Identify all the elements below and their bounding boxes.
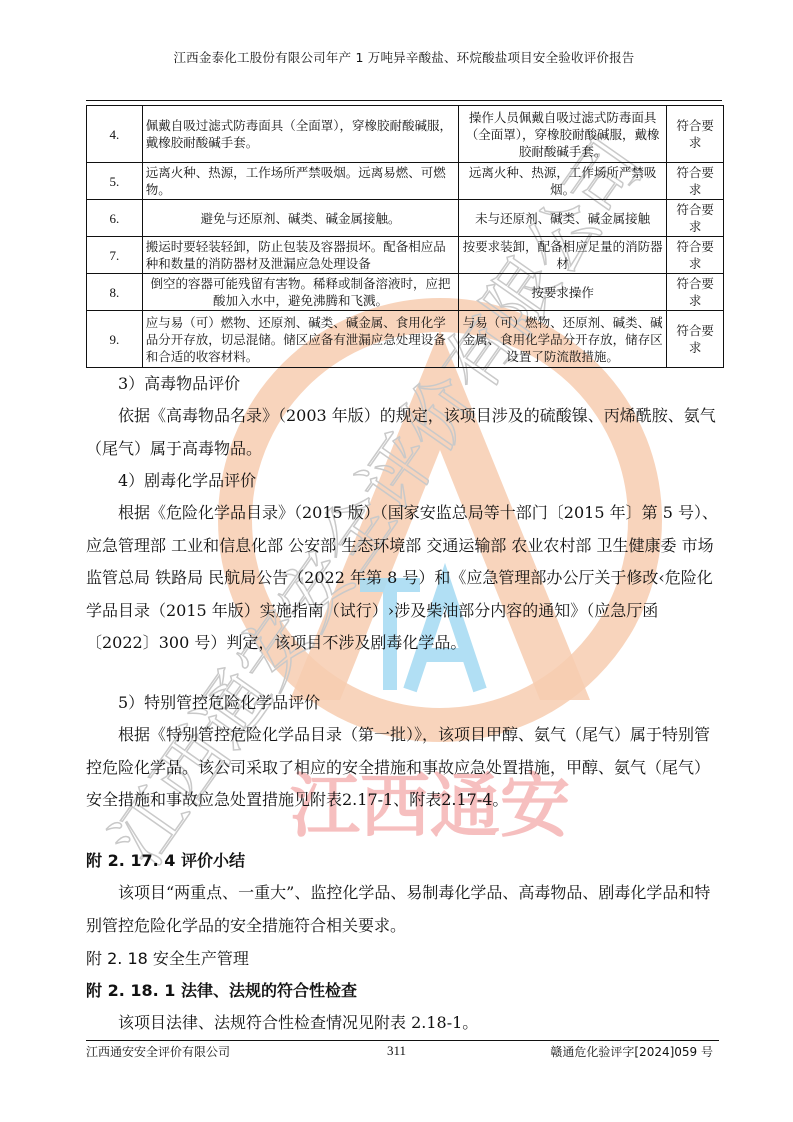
table-row: 9. 应与易（可）燃物、还原剂、碱类、碱金属、食用化学品分开存放，切忌混储。储区… xyxy=(87,311,724,368)
row-number: 4. xyxy=(87,106,143,163)
actual-measure-cell: 未与还原剂、碱类、碱金属接触 xyxy=(459,200,667,237)
table-row: 6. 避免与还原剂、碱类、碱金属接触。 未与还原剂、碱类、碱金属接触 符合要求 xyxy=(87,200,724,237)
paragraph-highly-toxic: 根据《危险化学品目录》（2015 版）（国家安监总局等十部门〔2015 年〕第 … xyxy=(86,497,722,660)
header-divider xyxy=(86,100,722,101)
footer-divider xyxy=(86,1040,719,1041)
result-cell: 符合要求 xyxy=(667,311,724,368)
requirement-cell: 远离火种、热源，工作场所严禁吸烟。远离易燃、可燃物。 xyxy=(142,163,458,200)
row-number: 6. xyxy=(87,200,143,237)
section-heading-special-control: 5）特别管控危险化学品评价 xyxy=(86,687,722,720)
requirement-cell: 佩戴自吸过滤式防毒面具（全面罩），穿橡胶耐酸碱服，戴橡胶耐酸碱手套。 xyxy=(142,106,458,163)
row-number: 7. xyxy=(87,237,143,274)
result-cell: 符合要求 xyxy=(667,200,724,237)
paragraph-special-control: 根据《特别管控危险化学品目录（第一批）》，该项目甲醇、氨气（尾气）属于特别管控危… xyxy=(86,719,722,817)
paragraph-legal-compliance: 该项目法律、法规符合性检查情况见附表 2.18-1。 xyxy=(86,1007,722,1040)
actual-measure-cell: 按要求装卸，配备相应足量的消防器材 xyxy=(459,237,667,274)
requirement-cell: 倒空的容器可能残留有害物。稀释或制备溶液时，应把酸加入水中，避免沸腾和飞溅。 xyxy=(142,274,458,311)
actual-measure-cell: 操作人员佩戴自吸过滤式防毒面具（全面罩），穿橡胶耐酸碱服，戴橡胶耐酸碱手套。 xyxy=(459,106,667,163)
report-header-title: 江西金泰化工股份有限公司年产 1 万吨异辛酸盐、环烷酸盐项目安全验收评价报告 xyxy=(86,48,722,66)
safety-measures-table: 4. 佩戴自吸过滤式防毒面具（全面罩），穿橡胶耐酸碱服，戴橡胶耐酸碱手套。 操作… xyxy=(86,105,724,368)
result-cell: 符合要求 xyxy=(667,237,724,274)
heading-legal-compliance: 附 2. 18. 1 法律、法规的符合性检查 xyxy=(86,975,722,1008)
paragraph-evaluation-summary: 该项目“两重点、一重大”、监控化学品、易制毒化学品、高毒物品、剧毒化学品和特别管… xyxy=(86,877,722,942)
section-heading-high-toxicity: 3）高毒物品评价 xyxy=(86,368,722,401)
result-cell: 符合要求 xyxy=(667,274,724,311)
row-number: 9. xyxy=(87,311,143,368)
heading-safety-management: 附 2. 18 安全生产管理 xyxy=(86,943,722,976)
requirement-cell: 搬运时要轻装轻卸，防止包装及容器损坏。配备相应品种和数量的消防器材及泄漏应急处理… xyxy=(142,237,458,274)
requirement-cell: 避免与还原剂、碱类、碱金属接触。 xyxy=(142,200,458,237)
result-cell: 符合要求 xyxy=(667,163,724,200)
actual-measure-cell: 远离火种、热源，工作场所严禁吸烟。 xyxy=(459,163,667,200)
heading-evaluation-summary: 附 2. 17. 4 评价小结 xyxy=(86,845,722,878)
row-number: 5. xyxy=(87,163,143,200)
table-row: 5. 远离火种、热源，工作场所严禁吸烟。远离易燃、可燃物。 远离火种、热源，工作… xyxy=(87,163,724,200)
actual-measure-cell: 按要求操作 xyxy=(459,274,667,311)
row-number: 8. xyxy=(87,274,143,311)
paragraph-high-toxicity: 依据《高毒物品名录》（2003 年版）的规定，该项目涉及的硫酸镍、丙烯酰胺、氨气… xyxy=(86,400,722,465)
result-cell: 符合要求 xyxy=(667,106,724,163)
table-row: 4. 佩戴自吸过滤式防毒面具（全面罩），穿橡胶耐酸碱服，戴橡胶耐酸碱手套。 操作… xyxy=(87,106,724,163)
section-heading-highly-toxic: 4）剧毒化学品评价 xyxy=(86,465,722,498)
table-row: 8. 倒空的容器可能残留有害物。稀释或制备溶液时，应把酸加入水中，避免沸腾和飞溅… xyxy=(87,274,724,311)
actual-measure-cell: 与易（可）燃物、还原剂、碱类、碱金属、食用化学品分开存放，储存区设置了防流散措施… xyxy=(459,311,667,368)
document-page: 江西通安安全评价有限公司 江西通安 江西金泰化工股份有限公司年产 1 万吨异辛酸… xyxy=(0,0,793,1122)
footer-doc-number: 赣通危化验评字[2024]059 号 xyxy=(550,1043,713,1060)
requirement-cell: 应与易（可）燃物、还原剂、碱类、碱金属、食用化学品分开存放，切忌混储。储区应备有… xyxy=(142,311,458,368)
table-row: 7. 搬运时要轻装轻卸，防止包装及容器损坏。配备相应品种和数量的消防器材及泄漏应… xyxy=(87,237,724,274)
